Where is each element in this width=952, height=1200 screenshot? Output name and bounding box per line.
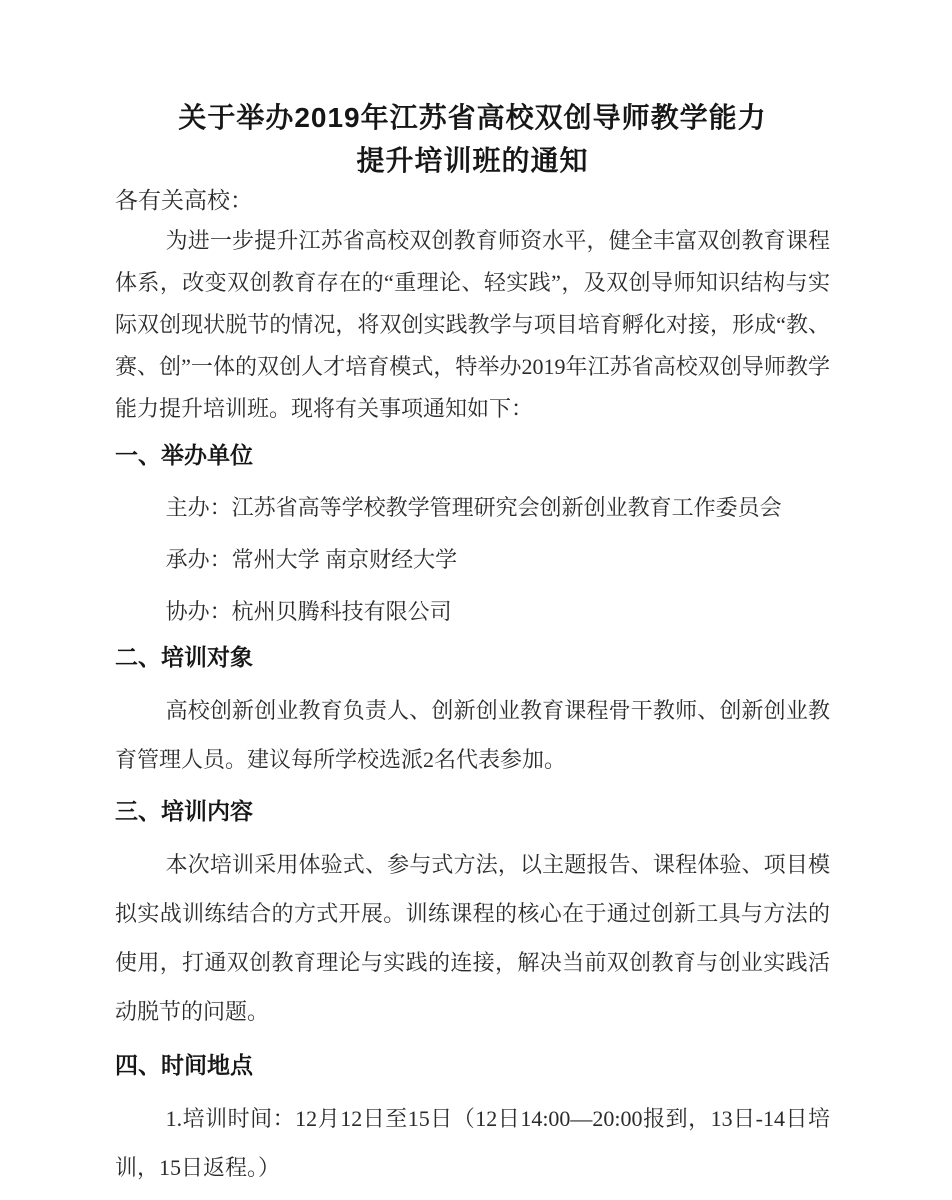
document-title-line-1: 关于举办2019年江苏省高校双创导师教学能力 <box>115 96 830 139</box>
document-title: 关于举办2019年江苏省高校双创导师教学能力 提升培训班的通知 <box>115 96 830 182</box>
organizer-host: 主办：江苏省高等学校教学管理研究会创新创业教育工作委员会 <box>115 482 830 534</box>
section-heading-trainees: 二、培训对象 <box>115 638 830 676</box>
training-content-paragraph: 本次培训采用体验式、参与式方法，以主题报告、课程体验、项目模拟实战训练结合的方式… <box>115 840 830 1036</box>
organizer-undertaker: 承办：常州大学 南京财经大学 <box>115 534 830 586</box>
salutation: 各有关高校： <box>115 182 830 220</box>
document-title-line-2: 提升培训班的通知 <box>115 139 830 182</box>
section-heading-time-place: 四、时间地点 <box>115 1046 830 1084</box>
document-page: 关于举办2019年江苏省高校双创导师教学能力 提升培训班的通知 各有关高校： 为… <box>0 0 952 1200</box>
time-place-paragraph: 1.培训时间：12月12日至15日（12日14:00—20:00报到，13日-1… <box>115 1094 830 1192</box>
section-heading-organizers: 一、举办单位 <box>115 436 830 474</box>
organizer-coorganizer: 协办：杭州贝腾科技有限公司 <box>115 586 830 638</box>
section-heading-training-content: 三、培训内容 <box>115 792 830 830</box>
trainees-paragraph: 高校创新创业教育负责人、创新创业教育课程骨干教师、创新创业教育管理人员。建议每所… <box>115 686 830 784</box>
intro-paragraph: 为进一步提升江苏省高校双创教育师资水平，健全丰富双创教育课程体系，改变双创教育存… <box>115 220 830 430</box>
notice-document: 关于举办2019年江苏省高校双创导师教学能力 提升培训班的通知 各有关高校： 为… <box>0 0 952 1200</box>
